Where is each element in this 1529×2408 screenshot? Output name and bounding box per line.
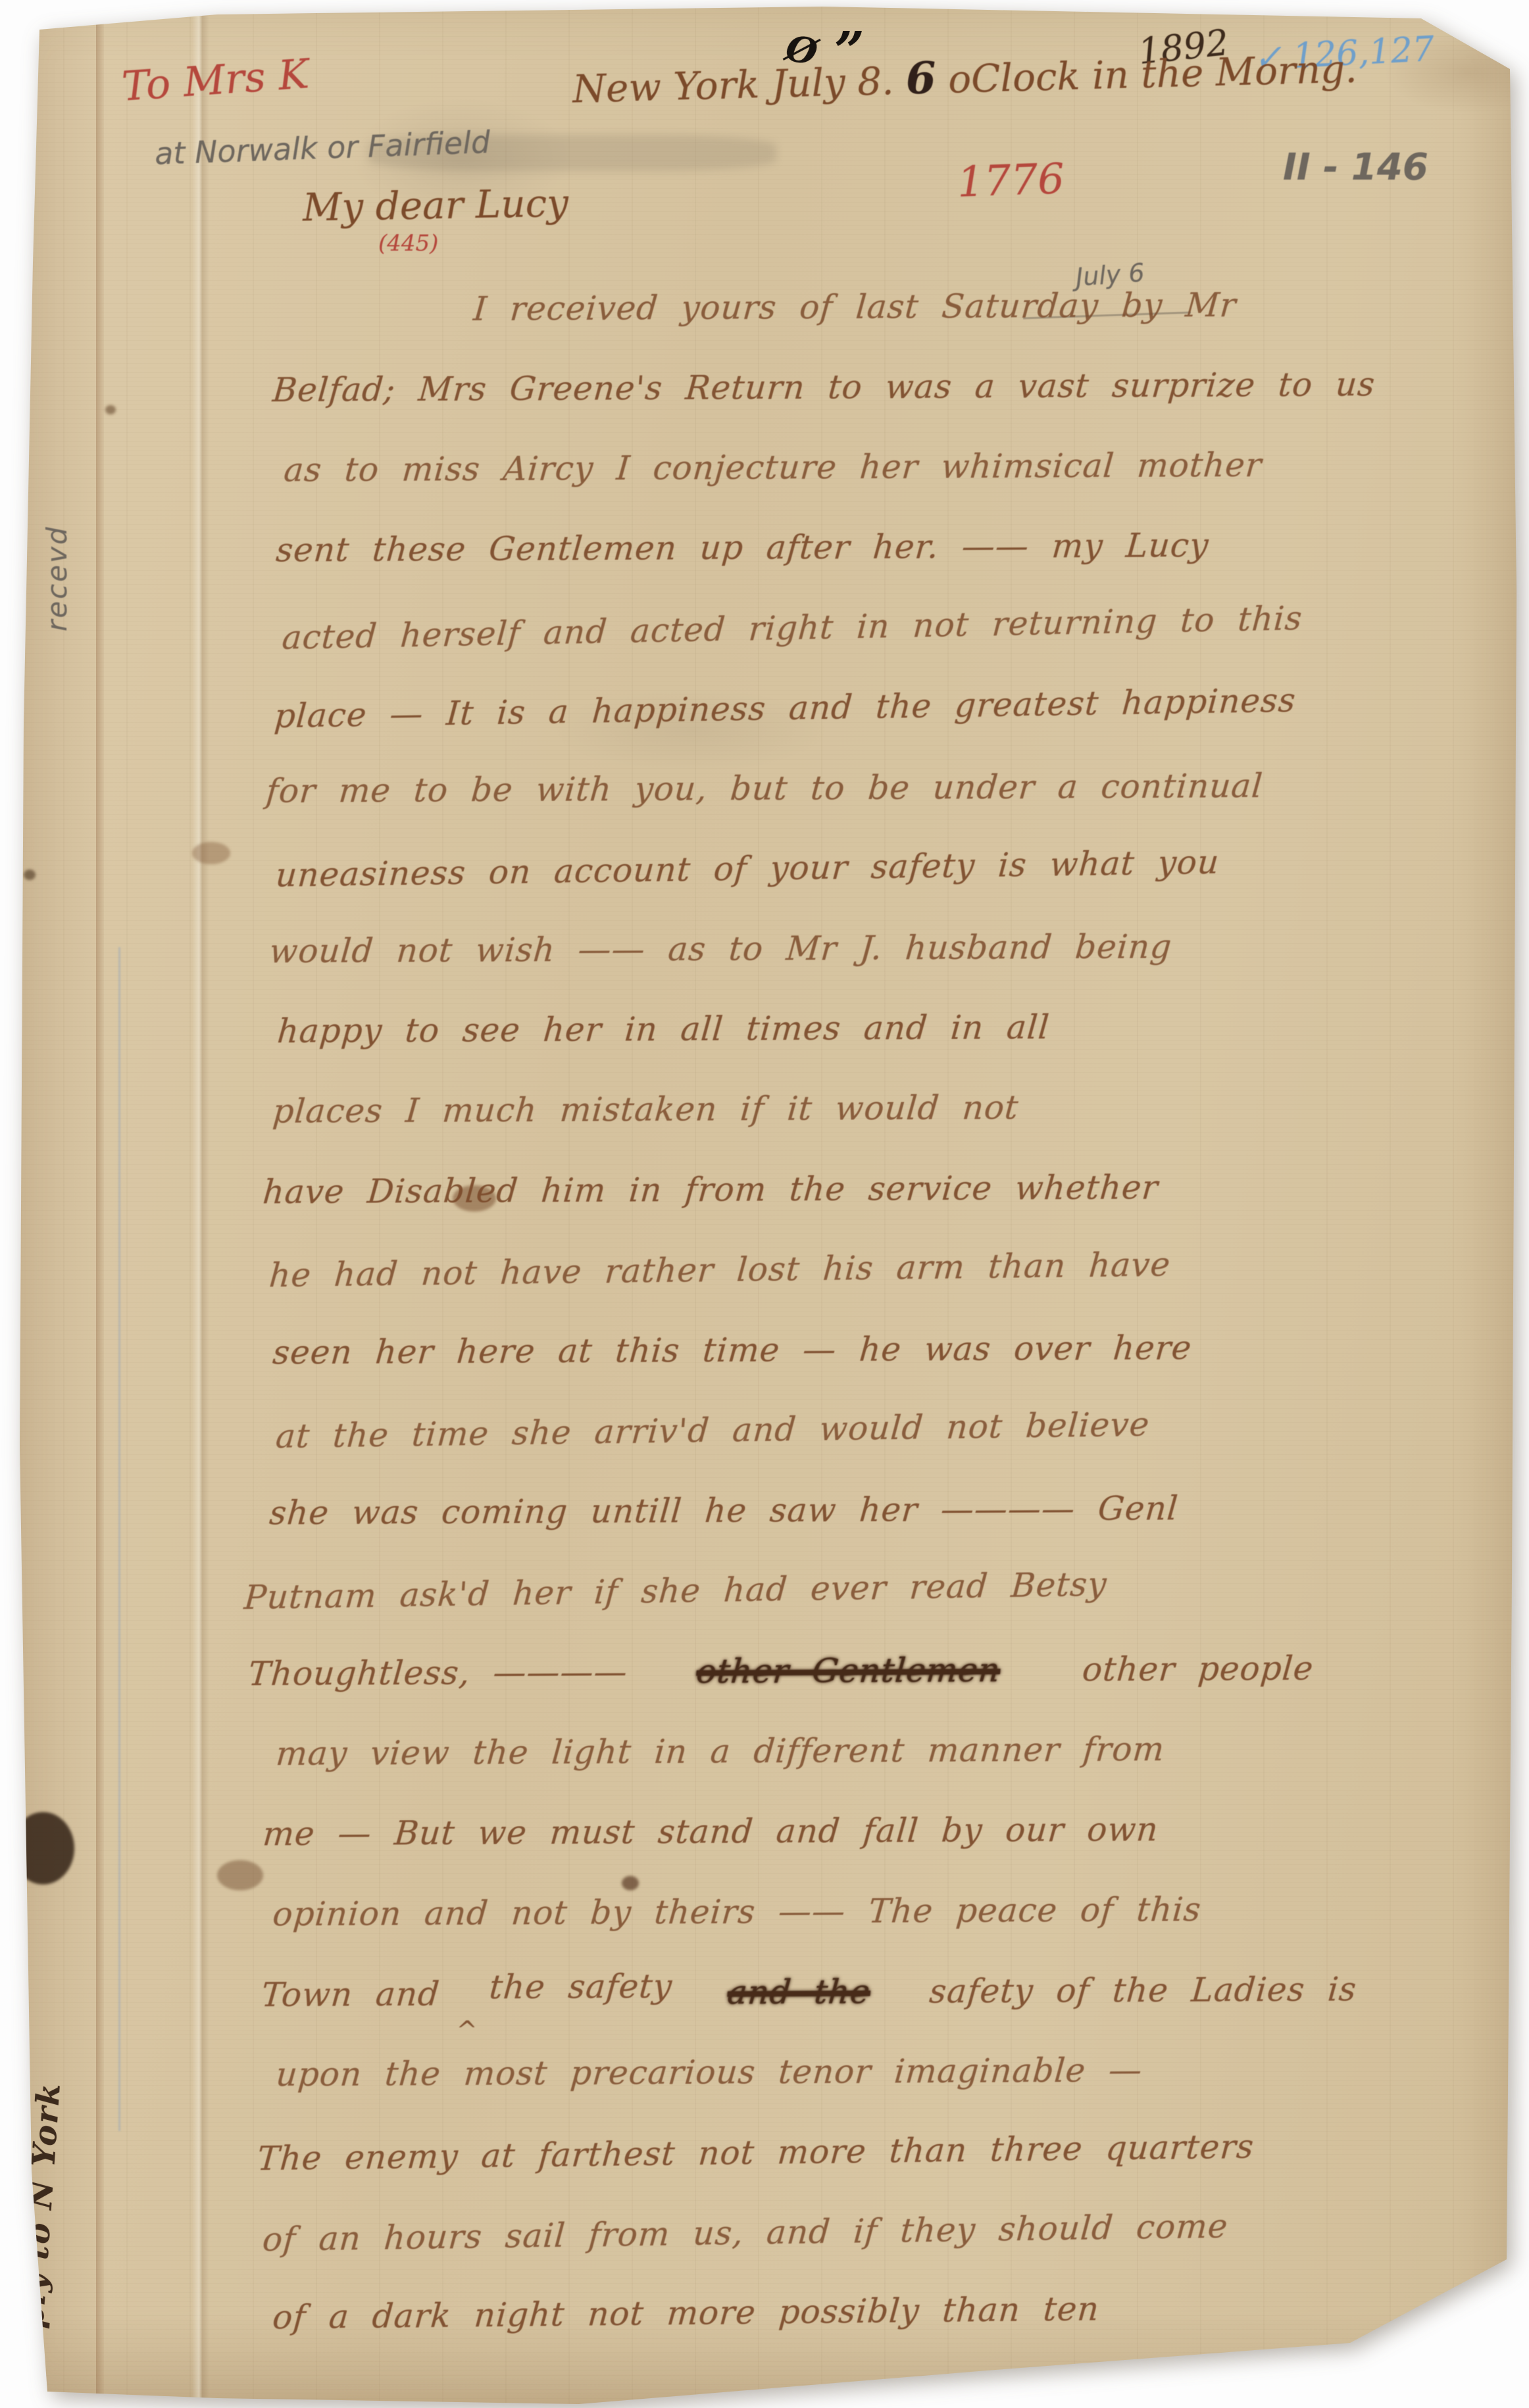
fold-crease-left [96,0,104,2408]
letter-line: upon the most precarious tenor imaginabl… [274,2052,1143,2094]
line-text: safety of the Ladies is [928,1971,1358,2011]
salutation: My dear Lucy [302,180,568,230]
letter-line: places I much mistaken if it would not [271,1089,1020,1131]
letter-line: uneasiness on account of your safety is … [274,843,1220,895]
letter-line: sent these Gentlemen up after her. —— my… [274,526,1210,569]
stain [192,842,230,864]
blue-margin-line [118,947,120,2131]
recipient-note-red: To Mrs K [120,49,311,111]
letter-line: Putnam ask'd her if she had ever read Be… [243,1565,1108,1617]
letter-line: The enemy at farthest not more than thre… [256,2128,1255,2178]
inserted-text: the safety [488,1967,674,2006]
letter-line: Town and the safety ^ and the safety of … [260,1971,1358,2015]
line-text: other people [1081,1650,1315,1689]
letter-line: she was coming untill he saw her ———— Ge… [268,1489,1180,1532]
letter-line: have Disabled him in from the service wh… [261,1168,1160,1211]
letter-line: I received yours of last Saturday by Mr [472,286,1238,328]
catalog-number-pencil: II - 146 [1283,146,1428,189]
letter-line: for me to be with you, but to be under a… [264,767,1265,810]
letter-line: of a dark night not more possibly than t… [271,2290,1101,2336]
dateline-post: oClock in the Morng. [936,46,1358,102]
scanned-letter-page: To Mrs K at Norwalk or Fairfield Ø ” 189… [0,0,1529,2408]
stain [105,405,116,414]
page-note-red: (445) [378,230,438,257]
letter-line: he had not have rather lost his arm than… [268,1246,1172,1295]
letter-line: may view the light in a different manner… [274,1730,1166,1773]
line-text: Town and [260,1975,441,2014]
dateline-hour: 6 [905,52,937,104]
letter-line: happy to see her in all times and in all [276,1008,1051,1050]
dateline: New York July 8. 6 oClock in the Morng. [572,41,1357,112]
year-red: 1776 [957,155,1065,207]
stain [24,870,36,880]
struck-text: other Gentlemen [695,1651,1001,1690]
letter-paper: To Mrs K at Norwalk or Fairfield Ø ” 189… [0,0,1529,2408]
ink-blot [622,1876,639,1890]
letter-line: me — But we must stand and fall by our o… [261,1810,1160,1853]
ink-blot [12,1812,74,1884]
dateline-pre: New York July 8. [572,58,906,111]
letter-line: place — It is a happiness and the greate… [273,681,1297,735]
line-text: Thoughtless, ———— [247,1653,629,1693]
paper-shadow: To Mrs K at Norwalk or Fairfield Ø ” 189… [0,0,1529,2408]
caret-mark: ^ [455,2016,478,2045]
letter-line: seen her here at this time — he was over… [271,1329,1193,1371]
vertical-pencil-note: recevd [41,525,73,631]
letter-line: opinion and not by theirs —— The peace o… [271,1890,1203,1933]
letter-line: Thoughtless, ———— other Gentlemen other … [247,1650,1315,1693]
letter-line: as to miss Aircy I conjecture her whimsi… [282,446,1263,489]
letter-line: acted herself and acted right in not ret… [281,599,1304,657]
ink-blot [217,1860,263,1890]
letter-line: at the time she arriv'd and would not be… [274,1406,1151,1456]
letter-line: of an hours sail from us, and if they sh… [261,2207,1230,2259]
letter-line: Belfad; Mrs Greene's Return to was a vas… [271,366,1376,410]
edge-docket-ink: Reply to N York [11,2081,68,2378]
letter-line: would not wish —— as to Mr J. husband be… [268,927,1173,970]
struck-text: and the [726,1973,872,2012]
fold-crease-center [192,0,209,2408]
